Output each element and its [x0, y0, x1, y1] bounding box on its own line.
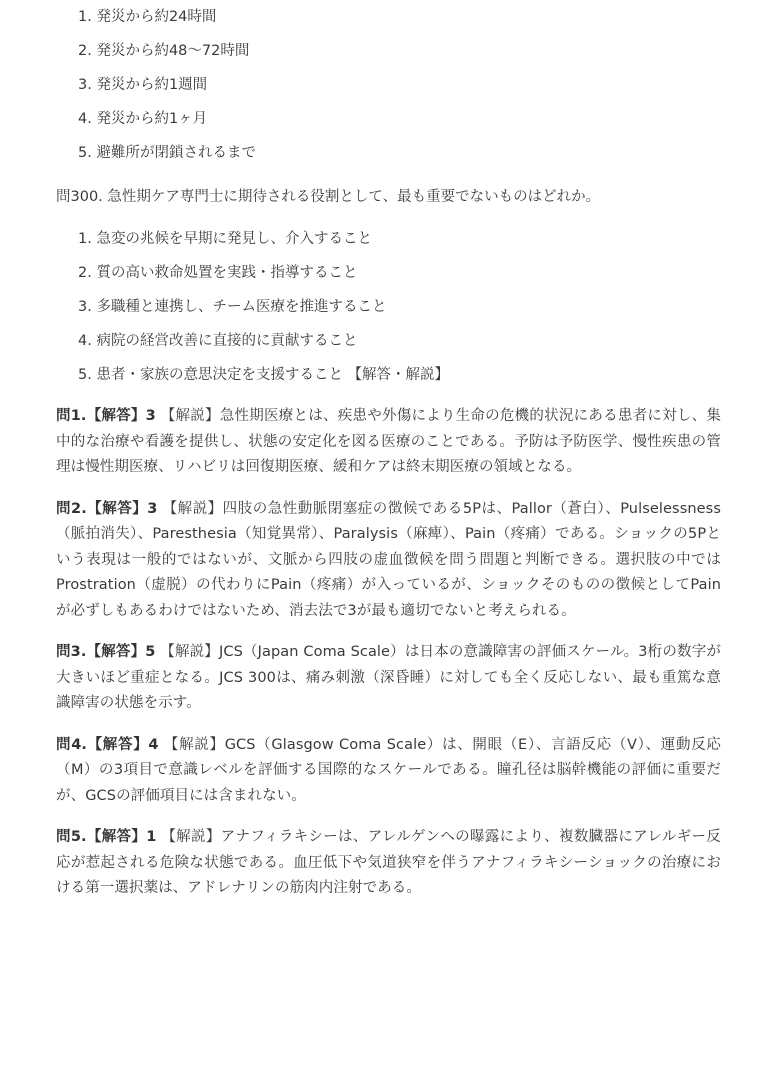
choice-item: 1. 発災から約24時間	[78, 0, 721, 34]
choice-item: 3. 発災から約1週間	[78, 68, 721, 102]
choice-item: 5. 避難所が閉鎖されるまで	[78, 136, 721, 170]
choice-item: 2. 質の高い救命処置を実践・指導すること	[78, 256, 721, 290]
answer-explanation-5: 問5.【解答】1 【解説】アナフィラキシーは、アレルゲンへの曝露により、複数臓器…	[56, 825, 721, 902]
answer-explanation-3: 問3.【解答】5 【解説】JCS（Japan Coma Scale）は日本の意識…	[56, 640, 721, 717]
answer-body: 【解説】JCS（Japan Coma Scale）は日本の意識障害の評価スケール…	[56, 644, 721, 711]
choice-item: 1. 急変の兆候を早期に発見し、介入すること	[78, 222, 721, 256]
choice-item: 4. 病院の経営改善に直接的に貢献すること	[78, 324, 721, 358]
answer-label: 問5.【解答】1	[56, 829, 156, 845]
answer-body: 【解説】急性期医療とは、疾患や外傷により生命の危機的状況にある患者に対し、集中的…	[56, 408, 721, 475]
choice-item: 2. 発災から約48〜72時間	[78, 34, 721, 68]
answer-label: 問2.【解答】3	[56, 501, 157, 517]
choice-item: 3. 多職種と連携し、チーム医療を推進すること	[78, 290, 721, 324]
document-page: 1. 発災から約24時間 2. 発災から約48〜72時間 3. 発災から約1週間…	[56, 0, 721, 918]
answer-explanation-1: 問1.【解答】3 【解説】急性期医療とは、疾患や外傷により生命の危機的状況にある…	[56, 404, 721, 481]
previous-question-choices: 1. 発災から約24時間 2. 発災から約48〜72時間 3. 発災から約1週間…	[56, 0, 721, 170]
question-300-choices: 1. 急変の兆候を早期に発見し、介入すること 2. 質の高い救命処置を実践・指導…	[56, 222, 721, 392]
choice-item: 4. 発災から約1ヶ月	[78, 102, 721, 136]
answer-body: 【解説】アナフィラキシーは、アレルゲンへの曝露により、複数臓器にアレルギー反応が…	[56, 829, 721, 896]
answer-label: 問3.【解答】5	[56, 644, 155, 660]
question-300-text: 問300. 急性期ケア専門士に期待される役割として、最も重要でないものはどれか。	[56, 180, 721, 214]
answer-label: 問4.【解答】4	[56, 737, 159, 753]
answer-label: 問1.【解答】3	[56, 408, 156, 424]
answer-explanation-4: 問4.【解答】4 【解説】GCS（Glasgow Coma Scale）は、開眼…	[56, 733, 721, 810]
choice-item: 5. 患者・家族の意思決定を支援すること 【解答・解説】	[78, 358, 721, 392]
answer-explanation-2: 問2.【解答】3 【解説】四肢の急性動脈閉塞症の徴候である5Pは、Pallor（…	[56, 497, 721, 625]
answer-body: 【解説】四肢の急性動脈閉塞症の徴候である5Pは、Pallor（蒼白）、Pulse…	[56, 501, 721, 619]
